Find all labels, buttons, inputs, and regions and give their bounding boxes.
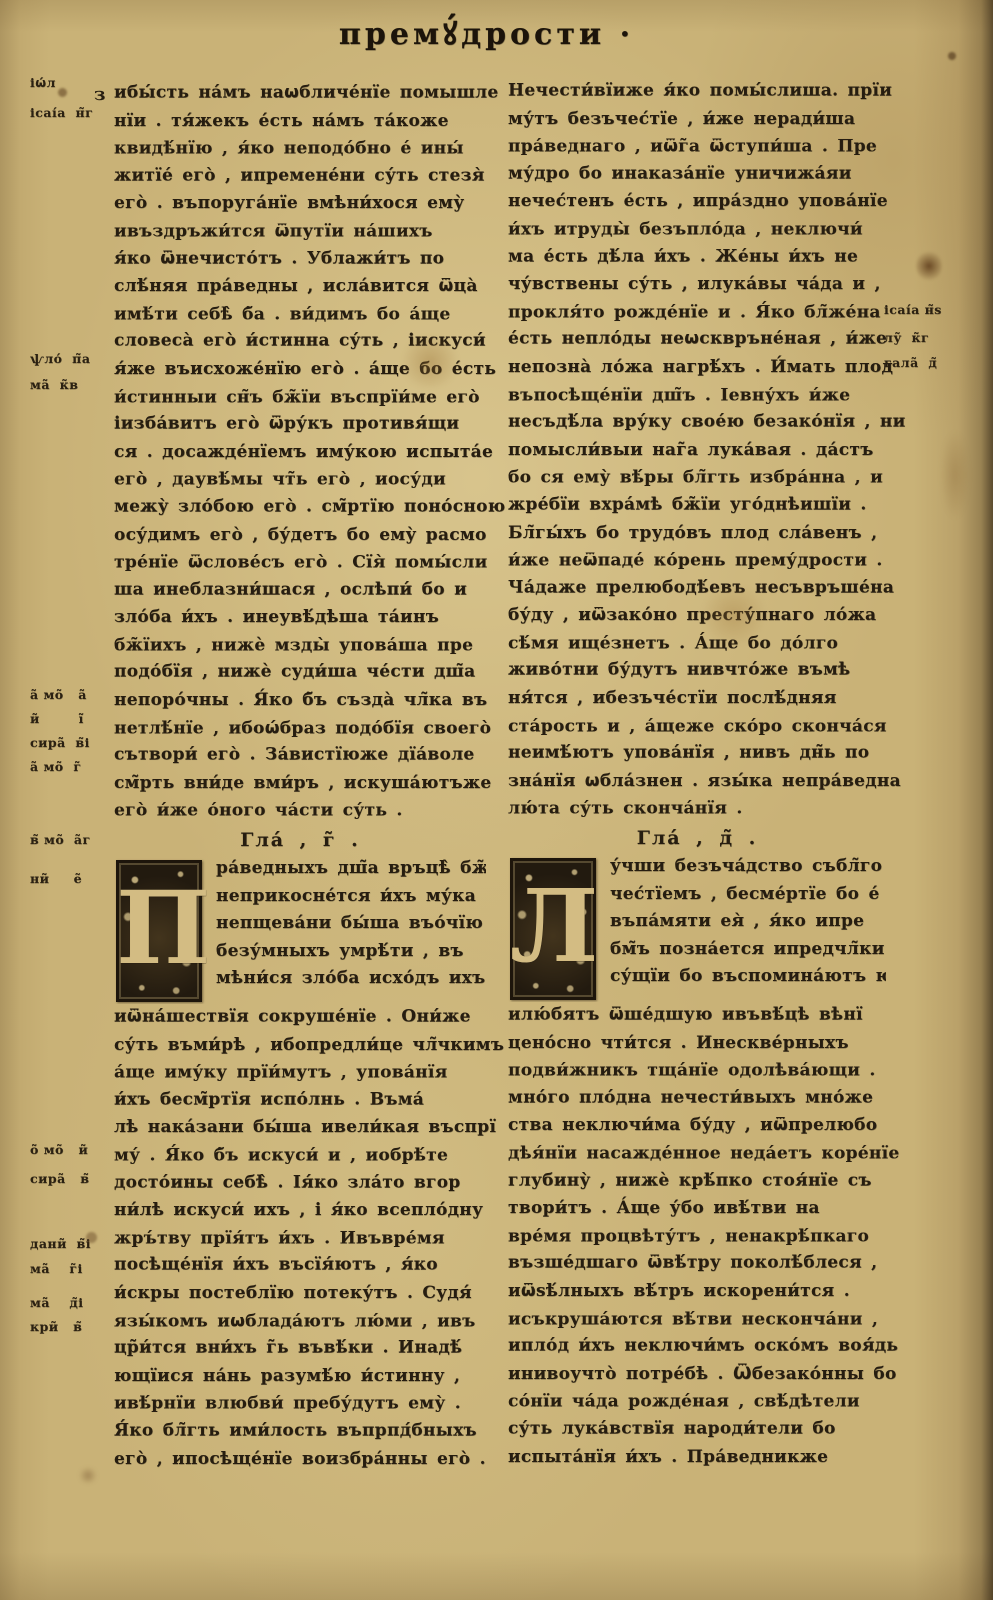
text-line: ивъздръжи́тся ѿпутїи на́шихъ (114, 218, 486, 246)
text-line: сътвори́ его̀ . За́вистїюже дїа́воле (114, 742, 486, 770)
text-line: лѣ нака́зани бы́ша ивели́кая въспрї (114, 1114, 486, 1142)
right-paragraph-1: Нечести́вїиже я́ко помы́слиша. прїиму́тъ… (508, 78, 886, 823)
text-line: и́стинныи сн̃ъ бж̃їи въспрїи́ме его̀ (114, 384, 486, 412)
margin-note: ѱло́ п̃а (30, 352, 110, 365)
right-paragraph-2: илю́бятъ ѿше́дшую ивъвѣ́цѣ вѣнїцено́сно … (508, 1002, 886, 1471)
text-line: житїе́ его̀ , ипремене́ни су́ть стезя̀ (114, 162, 486, 190)
text-line: възше́дшаго ѿвѣ́тру поколѣ́блеся , (508, 1250, 886, 1278)
text-line: зло́ба и́хъ . инеувѣ́дѣша та́инъ (114, 604, 486, 632)
text-line: инивоучто̀ потре́бѣ . Ѿбезако́нны бо (508, 1361, 886, 1389)
margin-note: ісаі́а н̃ѕ (884, 303, 974, 316)
text-line: Нечести́вїиже я́ко помы́слиша. прїи (508, 78, 886, 106)
margin-note: ісаі́а н̃г (30, 106, 110, 119)
text-line: илю́бятъ ѿше́дшую ивъвѣ́цѣ вѣнї (508, 1002, 886, 1030)
text-line: язы́комъ иѡблада́ютъ лю́ми , ивъ (114, 1308, 486, 1336)
chapter-3-dropcap-initial: П (116, 860, 202, 1002)
text-line: цр̃и́тся вни́хъ г̃ь въвѣ́ки . Инадѣ́ (114, 1335, 486, 1363)
text-line: его̀ и́же о́ного ча́сти су́ть . (114, 798, 486, 826)
text-line: и́скры постеблїю потеку́тъ . Судя́ (114, 1280, 486, 1308)
text-line: см̃рть вни́де вми́ръ , искуша́ютъже (114, 770, 486, 798)
text-line: межу̀ зло́бою его̀ . см̃ртїю поно́сною (114, 494, 486, 522)
text-line: и́хъ бесм̃ртїя испо́лнь . Въма́ (114, 1087, 486, 1115)
margin-note: в̃ мо̃ а̃г (30, 833, 110, 846)
margin-note: ма̃ к̃в (30, 378, 110, 391)
text-line: ибы́сть на́мъ наѡбличе́нїе помышле (114, 80, 486, 108)
margin-note: ни̃ е̃ (30, 872, 110, 885)
text-line: непозна̀ ло́жа нагрѣ́хъ . И́мать плод (508, 354, 886, 382)
text-line: нїи . тя́жекъ е́сть на́мъ та́коже (114, 108, 486, 136)
text-line: тре́нїе ѿслове́съ его̀ . Сїя̀ помы́сли (114, 549, 486, 577)
margin-note: о̃ мо̃ и̃ (30, 1143, 110, 1156)
text-line: ни́лѣ искуси́ ихъ , і я́ко всепло́дну (114, 1197, 486, 1225)
text-line: е́сть непло́ды неѡсквръне́ная , и́же (508, 326, 886, 354)
text-line: неимѣ́ютъ упова́нїя , нивъ дн̃ь по (508, 740, 886, 768)
book-page: премꙋ́дрости · іѡ́лісаі́а н̃гѱло́ п̃ама̃… (0, 0, 993, 1600)
text-line: и́хъ итруды̀ безъпло́да , неключи́ (508, 216, 886, 244)
chapter-4-dropcap-initial: Л (510, 858, 596, 1000)
text-line: бж̃їихъ , нижѐ мзды̀ упова́ша пре (114, 632, 486, 660)
text-line: исъкруша́ются вѣ́тви несконча́ни , (508, 1306, 886, 1334)
text-line: іизба́витъ его̀ ѿру́къ противя́щи (114, 411, 486, 439)
left-column: ибы́сть на́мъ наѡбличе́нїе помышленїи . … (114, 80, 486, 1473)
text-line: Я́ко бл̃гть ими́лость въпрпд́бныхъ (114, 1418, 486, 1446)
text-line: му́тъ безъчес́тїе , и́же неради́ша (508, 106, 886, 134)
text-line: вре́мя процвѣту́тъ , ненакрѣ́пкаго (508, 1223, 886, 1251)
margin-note: и̃ і̃ (30, 712, 110, 725)
text-line: словеса̀ его̀ и́стинна су́ть , іискуси́ (114, 328, 486, 356)
text-line: сѣ́мя ище́знетъ . А́ще бо до́лго (508, 630, 886, 658)
text-line: дѣя́нїи насажде́нное неда́етъ коре́нїе (508, 1140, 886, 1168)
margin-note: ма̃ д̃і (30, 1296, 110, 1309)
text-line: глубину̀ , нижѐ крѣ́пко стоя́нїе съ (508, 1167, 886, 1195)
text-line: ющїися на́нь разумѣ́ю и́стинну , (114, 1363, 486, 1391)
left-margin-notes: іѡ́лісаі́а н̃гѱло́ п̃ама̃ к̃ва̃ мо̃ а̃и̃… (30, 0, 110, 1600)
text-line: жръ́тву прїя́тъ и́хъ . Ивъвре́мя (114, 1225, 486, 1253)
text-line: квидѣ́нїю , я́ко неподо́бно е́ ины́ (114, 136, 486, 164)
text-line: въпосѣще́нїи дш̃ъ . Іевну́хъ и́же (508, 382, 886, 410)
margin-note: дани̃ в̃і (30, 1237, 110, 1250)
text-line: прокля́то рожде́нїе и . Я́ко бл̃же́на (508, 299, 886, 327)
text-line: бу́ду , иѿзако́но престу́пнаго ло́жа (508, 602, 886, 630)
text-line: его̀ , ипосѣще́нїе воизбра́нны его̀ . (114, 1446, 486, 1474)
right-margin-notes: ісаі́а н̃ѕлу̃ к̃ггала̃ д̃ (884, 0, 974, 1600)
text-line: му́ . Я́ко б̃ъ искуси́ и , иобрѣ́те (114, 1142, 486, 1170)
text-line: досто́ины себѣ̀ . Ія́ко зла́то вгор (114, 1169, 486, 1197)
text-line: Ча́даже прелюбодѣ́евъ несъвръше́на (508, 574, 886, 602)
text-line: ша инеблазни́шася , ослѣпи́ бо и (114, 576, 486, 604)
text-line: живо́тни бу́дутъ нивчто́же въмѣ (508, 657, 886, 685)
margin-note: гала̃ д̃ (884, 356, 974, 369)
margin-note: а̃ мо̃ а̃ (30, 688, 110, 701)
text-line: иѿна́шествїя сокруше́нїе . Они́же (114, 1004, 486, 1032)
text-line: я́же въисхоже́нїю его̀ . а́ще бо е́сть (114, 356, 486, 384)
text-line: его̀ , даувѣ́мы чт̃ь его̀ , иосу́ди (114, 467, 486, 495)
running-title: премꙋ́дрости · (0, 12, 973, 53)
text-line: су́ть лука́вствїя народи́тели бо (508, 1416, 886, 1444)
text-line: а́ще иму́ку прїи́мутъ , упова́нїя (114, 1060, 486, 1088)
text-line: подви́жникъ тща́нїе одолѣва́ющи . (508, 1058, 886, 1086)
text-line: ста́рость и , а́щеже ско́ро сконча́ся (508, 713, 886, 741)
text-line: мно́го пло́дна нечести́выхъ мно́же (508, 1085, 886, 1113)
text-line: помысли́выи наг̃а лука́вая . да́стъ (508, 437, 886, 465)
text-line: нетлѣ́нїе , ибоѡ́браз подо́бїя своего̀ (114, 715, 486, 743)
text-line: непоро́чны . Я́ко б̃ъ създа̀ чл̃ка въ (114, 687, 486, 715)
text-line: лю́та су́ть сконча́нїя . (508, 796, 886, 824)
text-line: су́ть въми́рѣ , ибопредли́це чл̃чкимъ (114, 1032, 486, 1060)
text-line: бо ся ему̀ вѣ́ры бл̃гть избра́нна , и (508, 465, 886, 493)
text-line: пра́веднаго , иѿг̃а ѿступи́ша . Пре (508, 134, 886, 162)
chapter-3-heading: Гла́ , г̃ . (114, 825, 486, 855)
chapter-4-opening: Л у́чши безъча́дство събл̃гочес́тїемъ , … (508, 853, 886, 1002)
margin-note: сира̃ в̃і (30, 736, 110, 749)
text-line: я́ко ѿнечисто́тъ . Ублажи́тъ по (114, 245, 486, 273)
margin-note: кри̃ в̃ (30, 1320, 110, 1333)
margin-note: а̃ мо̃ г̃ (30, 760, 110, 773)
chapter-4-heading: Гла́ , д̃ . (508, 823, 886, 853)
text-line: несъдѣ́ла вру́ку свое́ю безако́нїя , ни (508, 409, 886, 437)
right-column: Нечести́вїиже я́ко помы́слиша. прїиму́тъ… (508, 78, 886, 1471)
text-line: его̀ . въпоруга́нїе вмѣни́хося ему̀ (114, 190, 486, 218)
text-line: зна́нїя ѡбла́знен . язы́ка непра́ведна (508, 768, 886, 796)
margin-note: сира̃ в̃ (30, 1172, 110, 1185)
text-line: ся . досажде́нїемъ иму́кою испыта́е (114, 439, 486, 467)
text-line: чу́вствены су́ть , илука́вы ча́да и , (508, 271, 886, 299)
margin-note: лу̃ к̃г (884, 331, 974, 344)
text-line: жре́бїи вхра́мѣ бж̃їи уго́днѣишїи . (508, 492, 886, 520)
text-line: ня́тся , ибезъче́стїи послѣ́дняя (508, 685, 886, 713)
text-line: ма е́сть дѣ́ла и́хъ . Же́ны и́хъ не (508, 243, 886, 271)
text-line: Бл̃гы́хъ бо трудо́въ плод сла́венъ , (508, 520, 886, 548)
text-line: ства неключи́ма бу́ду , иѿпрелюбо (508, 1112, 886, 1140)
text-line: имѣ́ти себѣ̀ б̃а . ви́димъ бо а́ще (114, 301, 486, 329)
text-line: му́дро бо инаказа́нїе уничижа́яи (508, 160, 886, 188)
left-paragraph-1: ибы́сть на́мъ наѡбличе́нїе помышленїи . … (114, 80, 486, 825)
left-paragraph-2: иѿна́шествїя сокруше́нїе . Они́жесу́ть в… (114, 1004, 486, 1473)
chapter-3-opening: П ра́ведныхъ дш̃а връцѣ̀ бж̃їинеприкосне… (114, 855, 486, 1004)
text-line: нечес́тенъ е́сть , ипра́здно упова́нїе (508, 188, 886, 216)
margin-note: ма̃ г̃і (30, 1262, 110, 1275)
text-line: и́же неѿпаде́ ко́рень прему́дрости . (508, 547, 886, 575)
text-line: твори́тъ . А́ще у́бо ивѣ́тви на (508, 1195, 886, 1223)
section-letter: з (94, 84, 106, 105)
text-line: иѿѕѣ́лныхъ вѣ́тръ искорени́тся . (508, 1278, 886, 1306)
text-line: слѣ́няя пра́ведны , исла́вится ѿца̀ (114, 273, 486, 301)
text-line: подо́бїя , нижѐ суди́ша че́сти дш̃а (114, 659, 486, 687)
text-line: ивѣ́рнїи влюбви́ пребу́дутъ ему̀ . (114, 1391, 486, 1419)
text-line: посѣще́нїя и́хъ въсїя́ютъ , я́ко (114, 1252, 486, 1280)
text-line: испыта́нїя и́хъ . Пра́ведникже (508, 1444, 886, 1472)
text-line: со́нїи ча́да рожде́ная , свѣ́дѣтели (508, 1389, 886, 1417)
text-line: осу́димъ его̀ , бу́детъ бо ему̀ расмо (114, 522, 486, 550)
text-line: ипло́д и́хъ неключи́мъ оско́мъ воя́дь (508, 1333, 886, 1361)
text-line: цено́сно чти́тся . Инескве́рныхъ (508, 1030, 886, 1058)
